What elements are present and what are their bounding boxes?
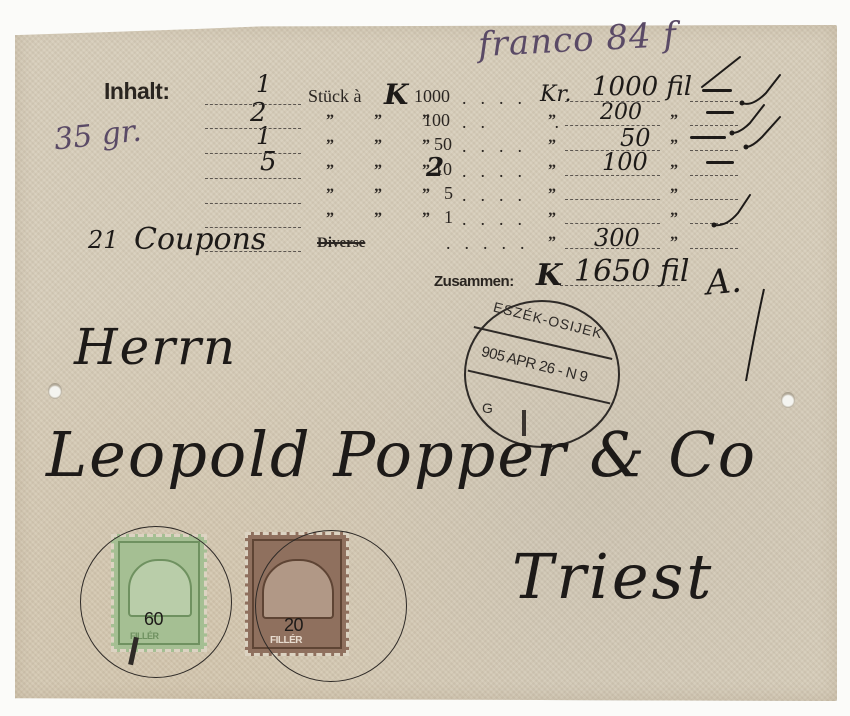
- dots-row-1: ....: [462, 88, 536, 109]
- denomination-1000: 1000: [414, 86, 450, 107]
- suffix-row-6: ”: [670, 210, 678, 228]
- dots-row-5: ....: [462, 185, 536, 206]
- postmark-bottom: G: [482, 400, 492, 416]
- currency-row-3: ”: [548, 137, 556, 155]
- leader-right-7: [690, 248, 738, 249]
- filing-hole-left: [48, 383, 62, 399]
- diverse-struck: Diverse: [317, 235, 365, 252]
- coupons-item: Coupons: [134, 222, 266, 257]
- suffix-row-7: ”: [670, 234, 678, 252]
- amount-row-4: 100: [602, 148, 648, 176]
- currency-row-2: ”: [548, 112, 556, 130]
- total-currency: K: [536, 258, 562, 293]
- postmark-stamp-60-bar: [128, 637, 139, 665]
- count-row-4: 5: [260, 147, 277, 177]
- count-row-1: 1: [256, 70, 271, 98]
- signature-mark: A.: [704, 261, 743, 304]
- leader-amount-5: [565, 199, 660, 200]
- dots-row-7: .....: [446, 233, 539, 254]
- amount-row-2: 200: [600, 100, 642, 125]
- total-label: Zusammen:: [434, 273, 514, 290]
- denomination-5: 5: [444, 183, 453, 204]
- coupons-count: 21: [88, 226, 119, 254]
- currency-row-7: ”: [548, 234, 556, 252]
- dots-row-3: ....: [462, 136, 536, 157]
- suffix-row-3: ”: [670, 137, 678, 155]
- suffix-row-2: ”: [670, 112, 678, 130]
- address-recipient: Leopold Popper & Co: [46, 418, 757, 491]
- denomination-100: 100: [423, 110, 450, 131]
- signature-tail-icon: [740, 285, 770, 385]
- check-marks-icon: [680, 45, 820, 245]
- leader-left-1: [205, 104, 301, 105]
- dots-row-6: ....: [462, 209, 536, 230]
- currency-mark-row-1: K: [384, 78, 408, 111]
- dots-row-4: ....: [462, 161, 536, 182]
- denomination-1: 1: [444, 207, 453, 228]
- currency-row-1: Kr.: [540, 82, 572, 107]
- leader-left-2: [205, 128, 301, 129]
- dots-row-2: .. .: [462, 112, 573, 133]
- ditto-row-6: ” ” ”: [326, 210, 448, 228]
- leader-left-4: [205, 178, 301, 179]
- currency-row-4: ”: [548, 162, 556, 180]
- postmark-stamp-20: [255, 530, 407, 682]
- ditto-row-5: ” ” ”: [326, 186, 448, 204]
- address-city: Triest: [512, 540, 714, 613]
- denomination-50: 50: [434, 134, 452, 155]
- amount-row-1: 1000 fil: [592, 72, 692, 102]
- address-salutation: Herrn: [74, 318, 237, 376]
- amount-row-7: 300: [594, 224, 640, 252]
- currency-row-5: ”: [548, 186, 556, 204]
- suffix-row-4: ”: [670, 162, 678, 180]
- total-amount: 1650 fil: [574, 254, 690, 289]
- postmark-stamp-60: [80, 526, 232, 678]
- suffix-row-5: ”: [670, 186, 678, 204]
- count-row-3: 1: [256, 122, 271, 150]
- currency-row-6: ”: [548, 210, 556, 228]
- leader-left-3: [205, 153, 301, 154]
- unit-text-row-1: Stück à: [308, 86, 362, 107]
- denomination-overwrite: 2: [426, 153, 444, 183]
- leader-left-5: [205, 203, 301, 204]
- filing-hole-right: [781, 392, 795, 408]
- contents-label: Inhalt:: [104, 78, 170, 105]
